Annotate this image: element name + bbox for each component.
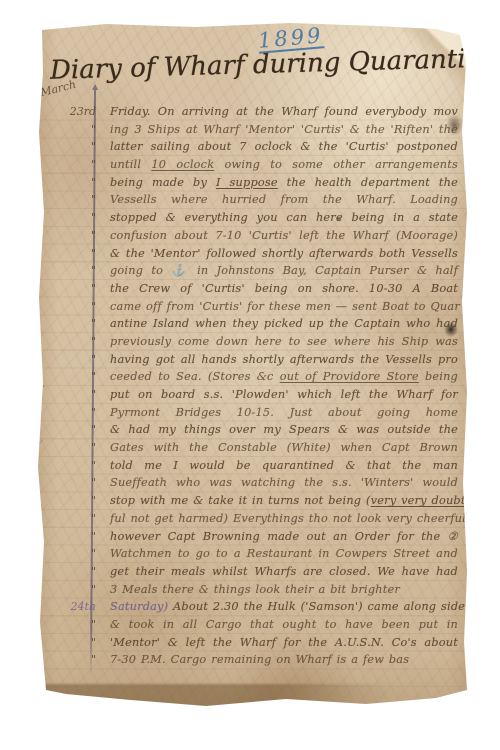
- manuscript-line: "7-30 P.M. Cargo remaining on Wharf is a…: [46, 651, 458, 669]
- line-text: confusion about 7-10 'Curtis' left the W…: [110, 227, 458, 245]
- manuscript-line: "& had my things over my Spears & was ou…: [46, 421, 458, 439]
- manuscript-line: "untill 10 oclock owing to some other ar…: [46, 156, 458, 174]
- manuscript-line: "& took in all Cargo that ought to have …: [46, 616, 458, 634]
- line-text: stop with me & take it in turns not bein…: [110, 492, 466, 510]
- month-label: March: [39, 78, 77, 99]
- line-text: previously come down here to see where h…: [110, 333, 458, 351]
- manuscript-line: "3 Meals there & things look their a bit…: [46, 581, 458, 599]
- margin-mark: ": [46, 474, 110, 492]
- margin-mark: ": [46, 191, 110, 209]
- margin-mark: ": [46, 616, 110, 634]
- margin-mark: ": [46, 651, 110, 669]
- margin-mark: ": [46, 581, 110, 599]
- margin-pencil-mark: ʕ: [35, 382, 45, 401]
- margin-mark: ": [46, 528, 110, 546]
- margin-mark: ": [46, 457, 110, 475]
- manuscript-line: "ceeded to Sea. (Stores &c out of Provid…: [46, 368, 458, 386]
- manuscript-line: "put on board s.s. 'Plowden' which left …: [46, 386, 458, 404]
- line-text: 3 Meals there & things look their a bit …: [110, 581, 458, 599]
- page-title: Diary of Wharf during Quarantine: [50, 44, 467, 86]
- margin-mark: ": [46, 209, 110, 227]
- line-text: Vessells where hurried from the Wharf. L…: [110, 191, 458, 209]
- line-text: ceeded to Sea. (Stores &c out of Provido…: [110, 368, 458, 386]
- manuscript-line: 23rdFriday. On arriving at the Wharf fou…: [46, 103, 458, 121]
- line-text: Sueffeath who was watching the s.s. 'Win…: [110, 474, 458, 492]
- line-text: antine Island when they picked up the Ca…: [110, 315, 458, 333]
- bottom-stain: [36, 684, 468, 718]
- margin-mark: ": [46, 386, 110, 404]
- manuscript-line: "ing 3 Ships at Wharf 'Mentor' 'Curtis' …: [46, 121, 458, 139]
- manuscript-line: "stopped & everything you can here being…: [46, 209, 458, 227]
- manuscript-line: "antine Island when they picked up the C…: [46, 315, 458, 333]
- line-text: & had my things over my Spears & was out…: [110, 421, 458, 439]
- margin-mark: ": [46, 368, 110, 386]
- manuscript-line: "the Crew of 'Curtis' being on shore. 10…: [46, 280, 458, 298]
- manuscript-line: "Gates with the Constable (White) when C…: [46, 439, 458, 457]
- line-text: Watchmen to go to a Restaurant in Cowper…: [110, 545, 458, 563]
- margin-mark: ": [46, 351, 110, 369]
- margin-mark: ": [46, 634, 110, 652]
- line-text: ing 3 Ships at Wharf 'Mentor' 'Curtis' &…: [110, 121, 458, 139]
- manuscript-line: "Sueffeath who was watching the s.s. 'Wi…: [46, 474, 458, 492]
- line-text: & the 'Mentor' followed shortly afterwar…: [110, 245, 458, 263]
- manuscript-line: "told me I would be quarantined & that t…: [46, 457, 458, 475]
- manuscript-line: "'Mentor' & left the Wharf for the A.U.S…: [46, 634, 458, 652]
- manuscript-line: "Watchmen to go to a Restaurant in Cowpe…: [46, 545, 458, 563]
- line-text: Saturday) About 2.30 the Hulk ('Samson')…: [110, 598, 465, 616]
- margin-mark: 24th: [46, 598, 110, 616]
- margin-mark: ": [46, 121, 110, 139]
- margin-mark: ": [46, 439, 110, 457]
- manuscript-line: "ful not get harmed) Everythings tho not…: [46, 510, 458, 528]
- margin-mark: ": [46, 174, 110, 192]
- margin-mark: ": [46, 404, 110, 422]
- line-text: untill 10 oclock owing to some other arr…: [110, 156, 458, 174]
- margin-mark: ": [46, 563, 110, 581]
- line-text: the Crew of 'Curtis' being on shore. 10-…: [110, 280, 458, 298]
- margin-mark: ": [46, 262, 110, 280]
- line-text: told me I would be quarantined & that th…: [110, 457, 458, 475]
- line-text: being made by I suppose the health depar…: [110, 174, 458, 192]
- line-text: 'Mentor' & left the Wharf for the A.U.S.…: [110, 634, 458, 652]
- margin-mark: ": [46, 245, 110, 263]
- line-text: stopped & everything you can here being …: [110, 209, 458, 227]
- manuscript-line: "Pyrmont Bridges 10-15. Just about going…: [46, 404, 458, 422]
- line-text: Gates with the Constable (White) when Ca…: [110, 439, 458, 457]
- photo-backdrop: ʕ ᵧ 1899 Diary of Wharf during Quarantin…: [0, 0, 500, 750]
- diary-page: ʕ ᵧ 1899 Diary of Wharf during Quarantin…: [36, 22, 468, 718]
- manuscript-line: 24thSaturday) About 2.30 the Hulk ('Sams…: [46, 598, 458, 616]
- margin-mark: ": [46, 510, 110, 528]
- margin-mark: ": [46, 156, 110, 174]
- margin-mark: ": [46, 280, 110, 298]
- margin-mark: ": [46, 315, 110, 333]
- line-text: going to ⚓ in Johnstons Bay, Captain Pur…: [110, 262, 458, 280]
- line-text: latter sailing about 7 oclock & the 'Cur…: [110, 138, 458, 156]
- line-text: Pyrmont Bridges 10-15. Just about going …: [110, 404, 458, 422]
- manuscript-lines: 23rdFriday. On arriving at the Wharf fou…: [46, 103, 458, 669]
- manuscript-line: "latter sailing about 7 oclock & the 'Cu…: [46, 138, 458, 156]
- line-text: put on board s.s. 'Plowden' which left t…: [110, 386, 458, 404]
- manuscript-line: "having got all hands shortly afterwards…: [46, 351, 458, 369]
- manuscript-line: "being made by I suppose the health depa…: [46, 174, 458, 192]
- manuscript-line: "confusion about 7-10 'Curtis' left the …: [46, 227, 458, 245]
- line-text: however Capt Browning made out an Order …: [110, 528, 458, 546]
- manuscript-line: "previously come down here to see where …: [46, 333, 458, 351]
- margin-mark: ": [46, 227, 110, 245]
- margin-mark: ": [46, 298, 110, 316]
- manuscript-line: "however Capt Browning made out an Order…: [46, 528, 458, 546]
- margin-mark: 23rd: [46, 103, 110, 121]
- line-text: Friday. On arriving at the Wharf found e…: [110, 103, 458, 121]
- manuscript-line: "& the 'Mentor' followed shortly afterwa…: [46, 245, 458, 263]
- margin-pencil-mark: ᵧ: [36, 430, 44, 449]
- margin-mark: ": [46, 492, 110, 510]
- manuscript-line: "stop with me & take it in turns not bei…: [46, 492, 458, 510]
- line-text: having got all hands shortly afterwards …: [110, 351, 458, 369]
- manuscript-line: "get their meals whilst Wharfs are close…: [46, 563, 458, 581]
- line-text: & took in all Cargo that ought to have b…: [110, 616, 458, 634]
- margin-mark: ": [46, 545, 110, 563]
- margin-mark: ": [46, 333, 110, 351]
- line-text: get their meals whilst Wharfs are closed…: [110, 563, 458, 581]
- manuscript-line: "came off from 'Curtis' for these men — …: [46, 298, 458, 316]
- manuscript-line: "Vessells where hurried from the Wharf. …: [46, 191, 458, 209]
- line-text: came off from 'Curtis' for these men — s…: [110, 298, 460, 316]
- line-text: ful not get harmed) Everythings tho not …: [110, 510, 466, 528]
- margin-mark: ": [46, 421, 110, 439]
- margin-mark: ": [46, 138, 110, 156]
- line-text: 7-30 P.M. Cargo remaining on Wharf is a …: [110, 651, 458, 669]
- manuscript-line: "going to ⚓ in Johnstons Bay, Captain Pu…: [46, 262, 458, 280]
